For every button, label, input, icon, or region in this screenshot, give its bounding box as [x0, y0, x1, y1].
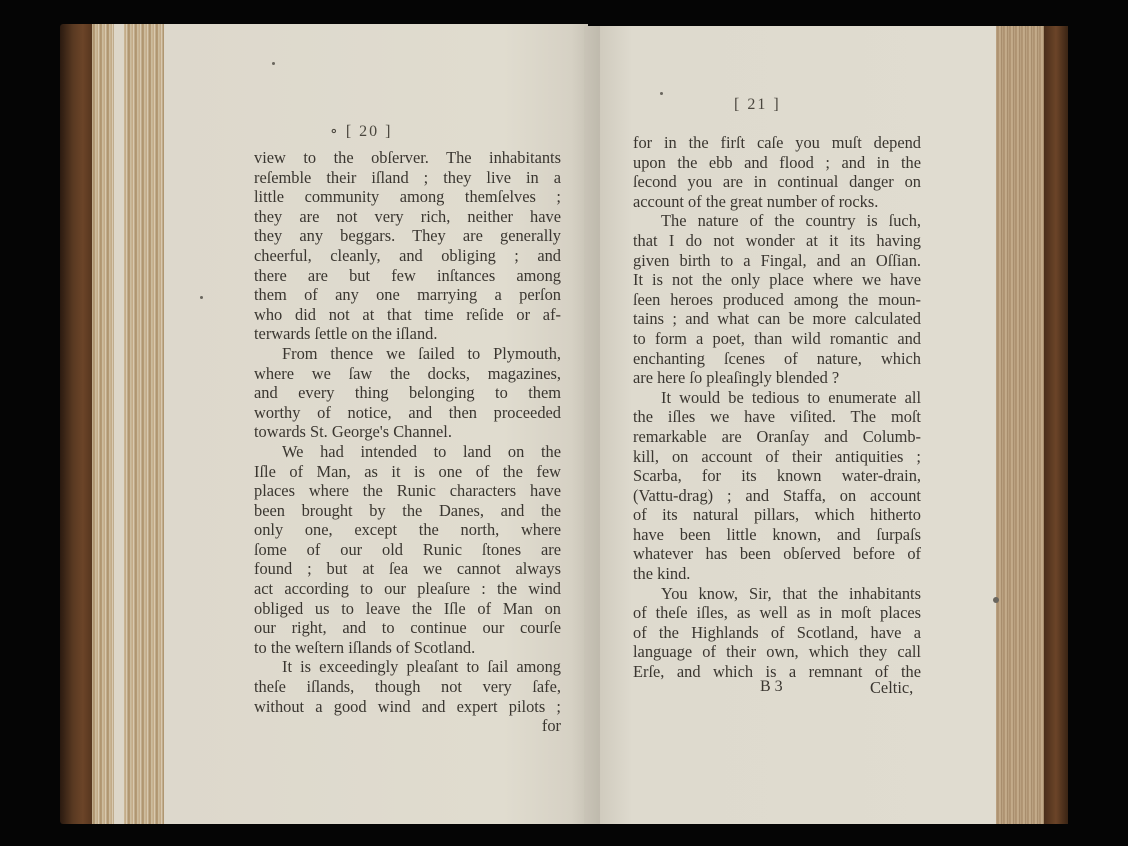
paper-speck: [272, 62, 275, 65]
text-line: have been little known, and ſurpaſs: [633, 525, 921, 545]
text-line: account of the great number of rocks.: [633, 192, 921, 212]
text-line: them of any one marrying a perſon: [254, 285, 561, 305]
text-line: the kind.: [633, 564, 921, 584]
text-line: been brought by the Danes, and the: [254, 501, 561, 521]
text-line: and every thing belonging to them: [254, 383, 561, 403]
left-page-text: view to the obſerver. The inhabitantsreſ…: [254, 148, 561, 736]
text-line: given birth to a Fingal, and an Oſſian.: [633, 251, 921, 271]
paper-speck: [993, 597, 999, 603]
text-line: language of their own, which they call: [633, 642, 921, 662]
text-line: enchanting ſcenes of nature, which: [633, 349, 921, 369]
page-edges-right: [996, 26, 1050, 824]
paper-speck: [660, 92, 663, 95]
text-line: ſome of our old Runic ſtones are: [254, 540, 561, 560]
text-line: act according to our pleaſure : the wind: [254, 579, 561, 599]
text-line: ſeen heroes produced among the moun-: [633, 290, 921, 310]
text-line: Iſle of Man, as it is one of the few: [254, 462, 561, 482]
text-line: little community among themſelves ;: [254, 187, 561, 207]
text-line: Scarba, for its known water-drain,: [633, 466, 921, 486]
text-line: worthy of notice, and then proceeded: [254, 403, 561, 423]
text-line: reſemble their iſland ; they live in a: [254, 168, 561, 188]
text-line: where we ſaw the docks, magazines,: [254, 364, 561, 384]
text-line: whatever has been obſerved before of: [633, 544, 921, 564]
page-edges-left: [92, 24, 164, 824]
text-line: only one, except the north, where: [254, 520, 561, 540]
text-line: to form a poet, than wild romantic and: [633, 329, 921, 349]
text-line: are here ſo pleaſingly blended ?: [633, 368, 921, 388]
text-line: obliged us to leave the Iſle of Man on: [254, 599, 561, 619]
text-line: for in the firſt caſe you muſt depend: [633, 133, 921, 153]
leather-cover-right: [1044, 26, 1068, 824]
text-line: kill, on account of their antiquities ;: [633, 447, 921, 467]
text-line: The nature of the country is ſuch,: [633, 211, 921, 231]
text-line: view to the obſerver. The inhabitants: [254, 148, 561, 168]
text-line: of theſe iſles, as well as in moſt place…: [633, 603, 921, 623]
text-line: places where the Runic characters have: [254, 481, 561, 501]
text-line: It would be tedious to enumerate all: [633, 388, 921, 408]
text-line: From thence we ſailed to Plymouth,: [254, 344, 561, 364]
text-line: upon the ebb and flood ; and in the: [633, 153, 921, 173]
text-line: terwards ſettle on the iſland.: [254, 324, 561, 344]
text-line: theſe iſlands, though not very ſafe,: [254, 677, 561, 697]
text-line: towards St. George's Channel.: [254, 422, 561, 442]
text-line: they any beggars. They are generally: [254, 226, 561, 246]
catchword-left: for: [254, 716, 561, 736]
text-line: who did not at that time reſide or af-: [254, 305, 561, 325]
text-line: It is exceedingly pleaſant to ſail among: [254, 657, 561, 677]
text-line: ſecond you are in continual danger on: [633, 172, 921, 192]
text-line: You know, Sir, that the inhabitants: [633, 584, 921, 604]
text-line: found ; but at ſea we cannot always: [254, 559, 561, 579]
text-line: We had intended to land on the: [254, 442, 561, 462]
text-line: of its natural pillars, which hitherto: [633, 505, 921, 525]
text-line: tains ; and what can be more calculated: [633, 309, 921, 329]
text-line: of the Highlands of Scotland, have a: [633, 623, 921, 643]
text-line: our right, and to continue our courſe: [254, 618, 561, 638]
text-line: they are not very rich, neither have: [254, 207, 561, 227]
right-page-text: for in the firſt caſe you muſt dependupo…: [633, 133, 921, 682]
text-line: cheerful, cleanly, and obliging ; and: [254, 246, 561, 266]
page-number-right: [ 21 ]: [734, 96, 781, 114]
text-line: there are but few inſtances among: [254, 266, 561, 286]
text-line: It is not the only place where we have: [633, 270, 921, 290]
text-line: to the weſtern iſlands of Scotland.: [254, 638, 561, 658]
text-line: the iſles we have viſited. The moſt: [633, 407, 921, 427]
text-line: remarkable are Oranſay and Columb-: [633, 427, 921, 447]
text-line: that I do not wonder at it its having: [633, 231, 921, 251]
paper-speck: [200, 296, 203, 299]
page-number-left: ∘ [ 20 ]: [330, 121, 393, 141]
text-line: (Vattu-drag) ; and Staffa, on account: [633, 486, 921, 506]
text-line: without a good wind and expert pilots ;: [254, 697, 561, 717]
signature-mark: B 3: [760, 678, 783, 696]
catchword-right: Celtic,: [870, 678, 913, 698]
